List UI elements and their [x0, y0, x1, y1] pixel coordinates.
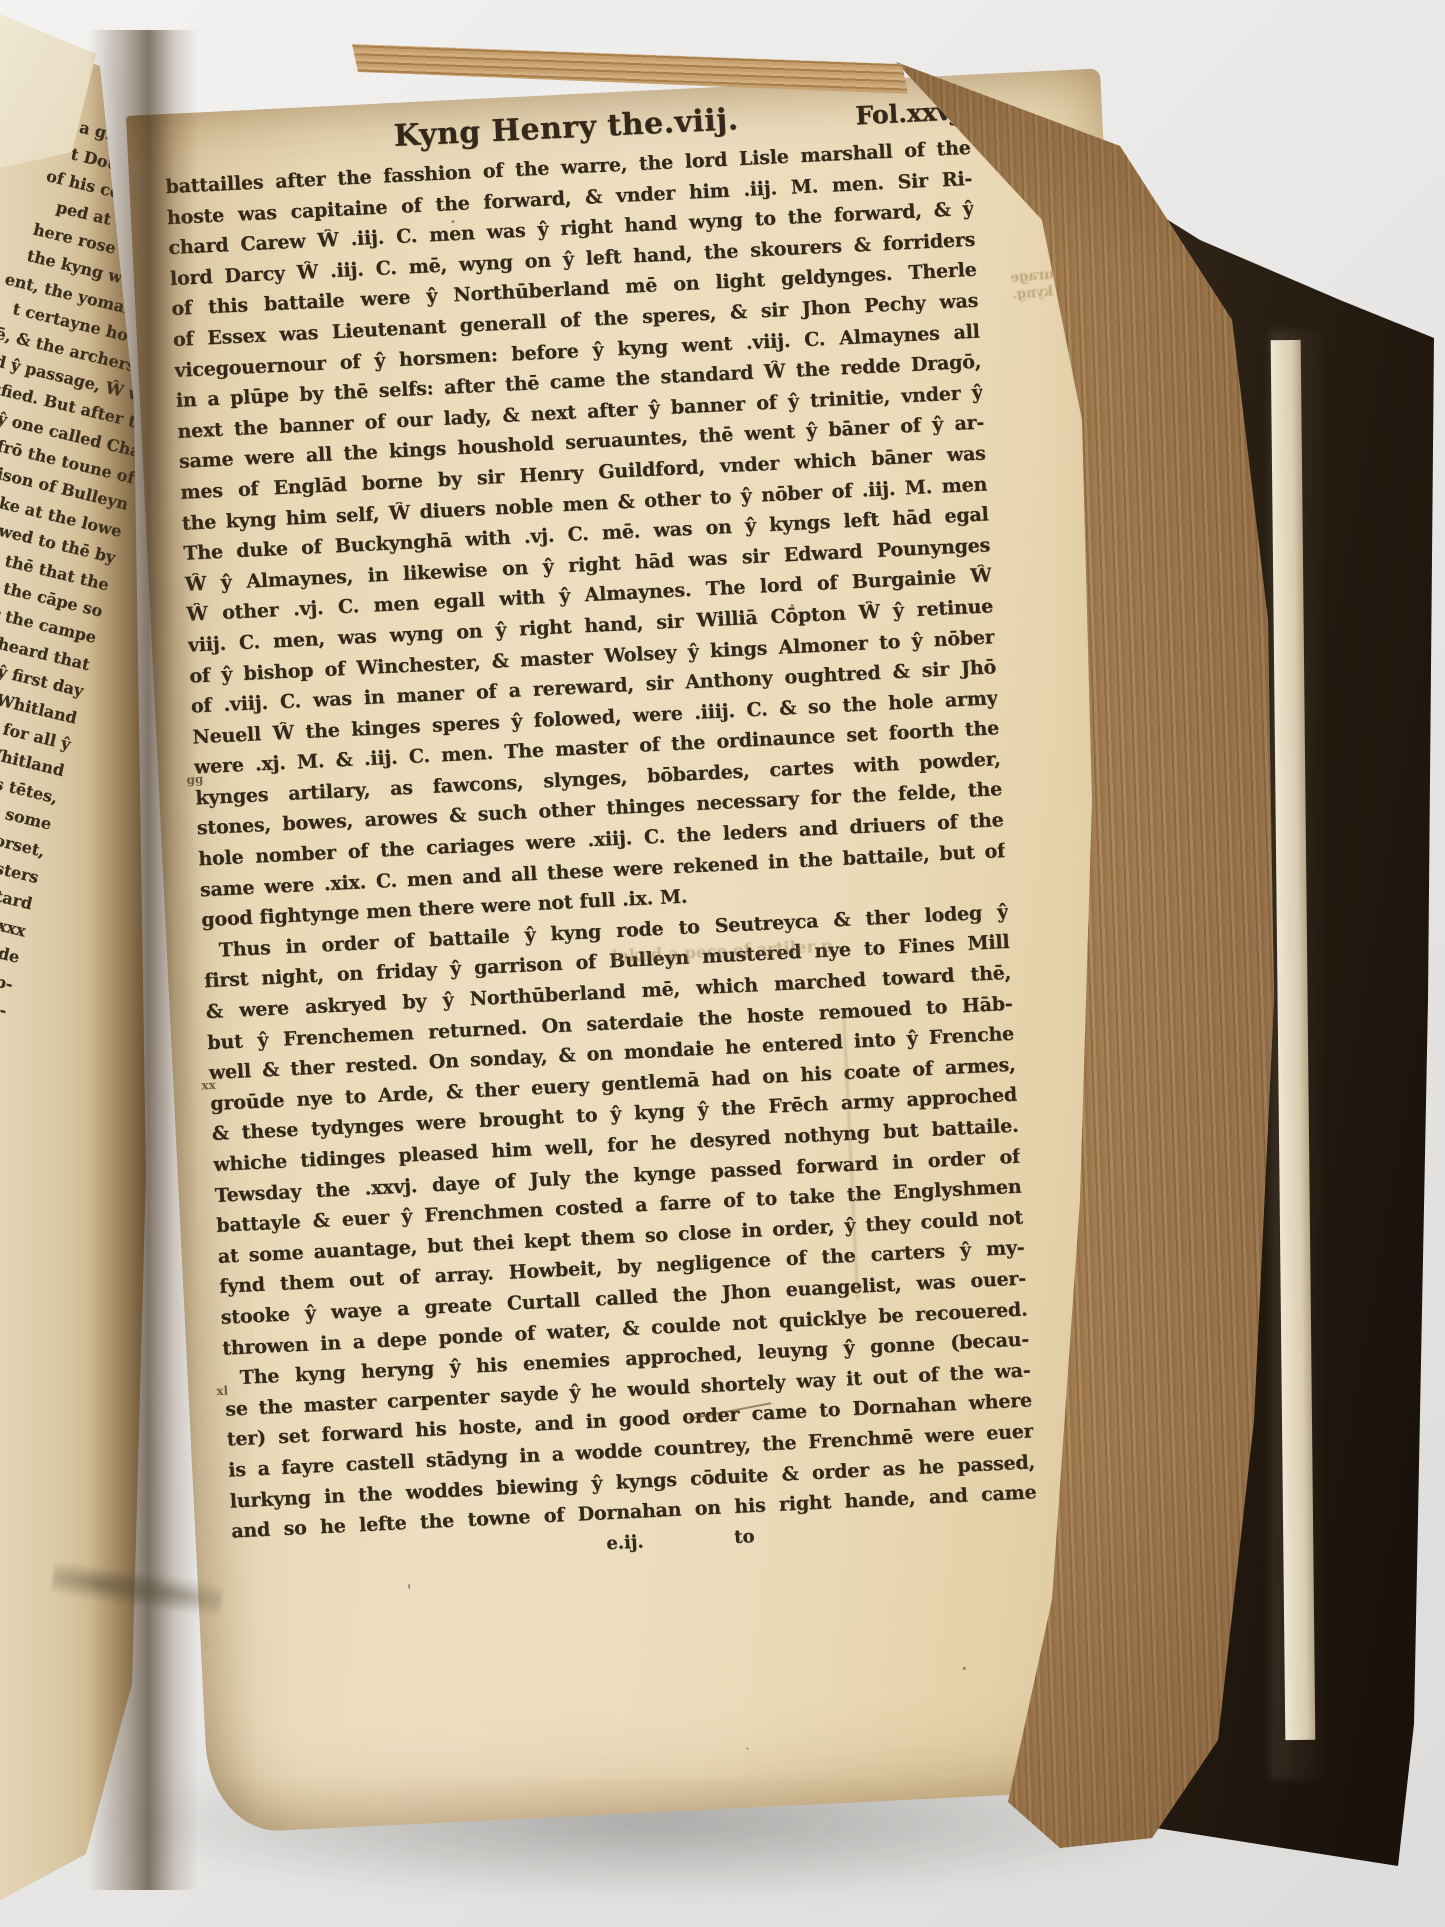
paper-speck	[791, 604, 794, 607]
paper-speck	[408, 1584, 410, 1589]
text-block: Kyng Henry the.viij. Fol.xxvj. battaille…	[163, 91, 1039, 1577]
margin-mark: xx	[201, 1078, 216, 1093]
margin-mark: xl	[216, 1384, 228, 1399]
book-photograph: ofas a great wondert Douer. The kyof his…	[0, 0, 1445, 1927]
margin-mark: gg	[186, 772, 203, 787]
body-lines: battailles after the fasshion of the war…	[165, 137, 1037, 1551]
paper-speck	[963, 1667, 966, 1670]
signature-mark: e.ij.	[606, 1531, 644, 1554]
paper-speck	[451, 220, 454, 223]
paper-speck	[746, 1748, 748, 1750]
recto-page: Kyng Henry the.viij. Fol.xxvj. battaille…	[126, 68, 1184, 1834]
catchword: to	[734, 1526, 755, 1548]
